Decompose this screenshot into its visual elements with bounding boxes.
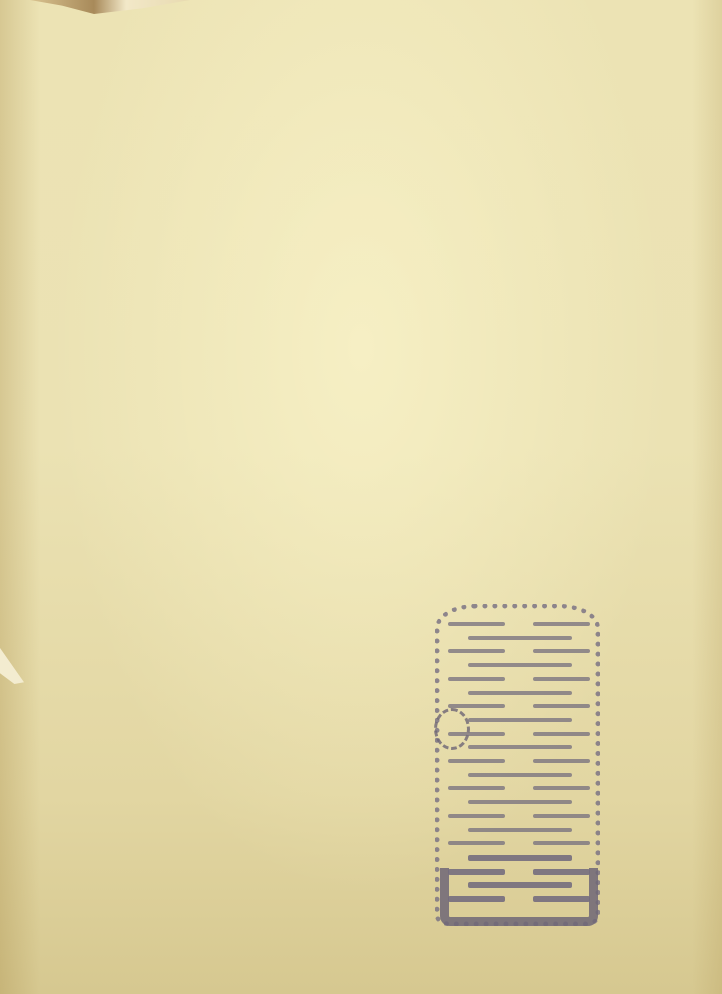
seal-line-broken <box>0 896 722 900</box>
seal-line-solid <box>0 745 722 749</box>
seal-line-solid <box>0 691 722 695</box>
torn-corner-top <box>30 0 190 14</box>
seal-line-broken <box>0 786 722 790</box>
seal-line-solid <box>0 718 722 722</box>
seal-line-solid <box>0 882 722 886</box>
seal-line-solid <box>0 855 722 859</box>
seal-line-solid <box>0 773 722 777</box>
seal-line-broken <box>0 622 722 626</box>
paper-page <box>0 0 722 994</box>
seal-line-broken <box>0 649 722 653</box>
seal-line-broken <box>0 841 722 845</box>
seal-line-broken <box>0 677 722 681</box>
seal-line-broken <box>0 814 722 818</box>
seal-line-broken <box>0 732 722 736</box>
seal-line-solid <box>0 663 722 667</box>
seal-line-broken <box>0 704 722 708</box>
seal-line-broken <box>0 759 722 763</box>
seal-line-solid <box>0 636 722 640</box>
seal-line-broken <box>0 869 722 873</box>
seal-mark-icon <box>434 708 470 750</box>
seal-line-solid <box>0 828 722 832</box>
seal-line-solid <box>0 800 722 804</box>
